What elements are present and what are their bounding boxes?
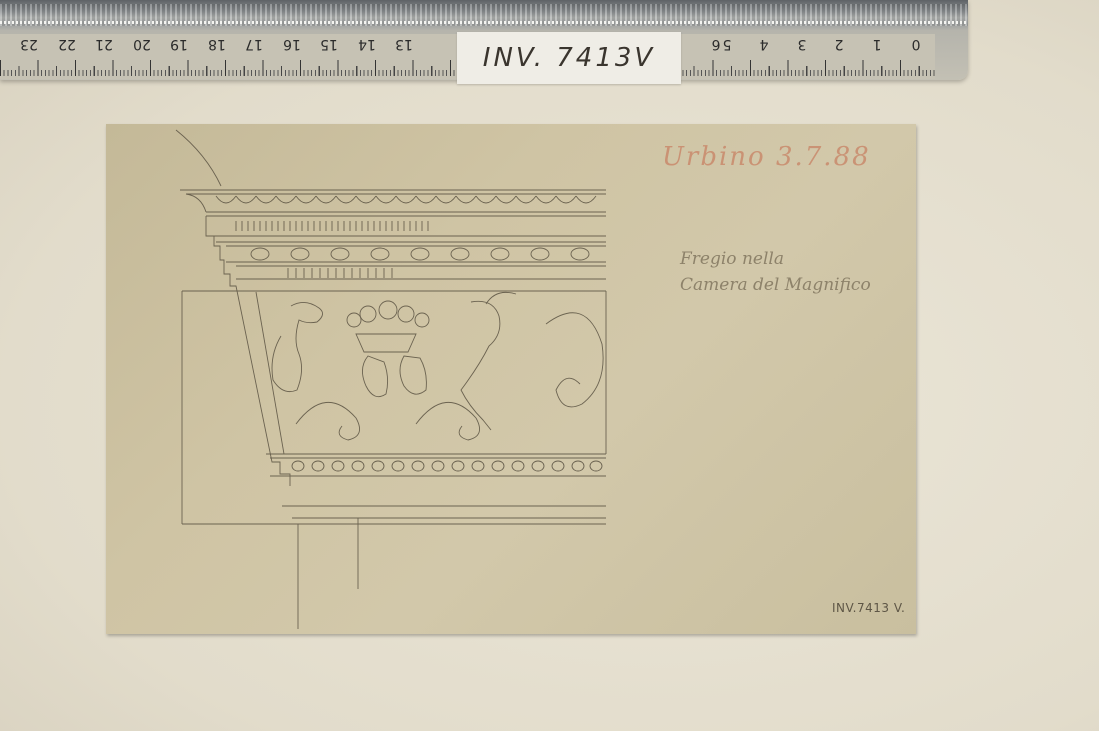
ruler-number: 17 xyxy=(243,36,265,52)
ruler-number: 20 xyxy=(131,36,153,52)
caption-line-2: Camera del Magnifico xyxy=(680,272,920,298)
ruler-number: 0 xyxy=(905,36,927,52)
ruler-number: 15 xyxy=(318,36,340,52)
ruler-number: 18 xyxy=(206,36,228,52)
frieze-drawing xyxy=(106,124,916,634)
ruler-number: 16 xyxy=(281,36,303,52)
inventory-mark: INV.7413 V. xyxy=(832,601,905,615)
ruler-number: 13 xyxy=(393,36,415,52)
ruler-number: 5 xyxy=(716,36,738,52)
ruler-number: 23 xyxy=(18,36,40,52)
ruler-number: 4 xyxy=(753,36,775,52)
inventory-label-card: INV. 7413V xyxy=(457,32,681,84)
ruler-number: 2 xyxy=(828,36,850,52)
ruler-number: 19 xyxy=(168,36,190,52)
ruler-number: 1 xyxy=(866,36,888,52)
caption-line-1: Fregio nella xyxy=(680,246,920,272)
drawing-sheet: Urbino 3.7.88 Fregio nella Camera del Ma… xyxy=(106,124,916,634)
ruler-dots xyxy=(0,21,968,24)
ruler-number: 14 xyxy=(356,36,378,52)
ruler-number: 3 xyxy=(791,36,813,52)
date-annotation: Urbino 3.7.88 xyxy=(662,142,871,172)
caption-annotation: Fregio nella Camera del Magnifico xyxy=(680,246,920,298)
ruler-number: 21 xyxy=(93,36,115,52)
ruler-number: 22 xyxy=(56,36,78,52)
